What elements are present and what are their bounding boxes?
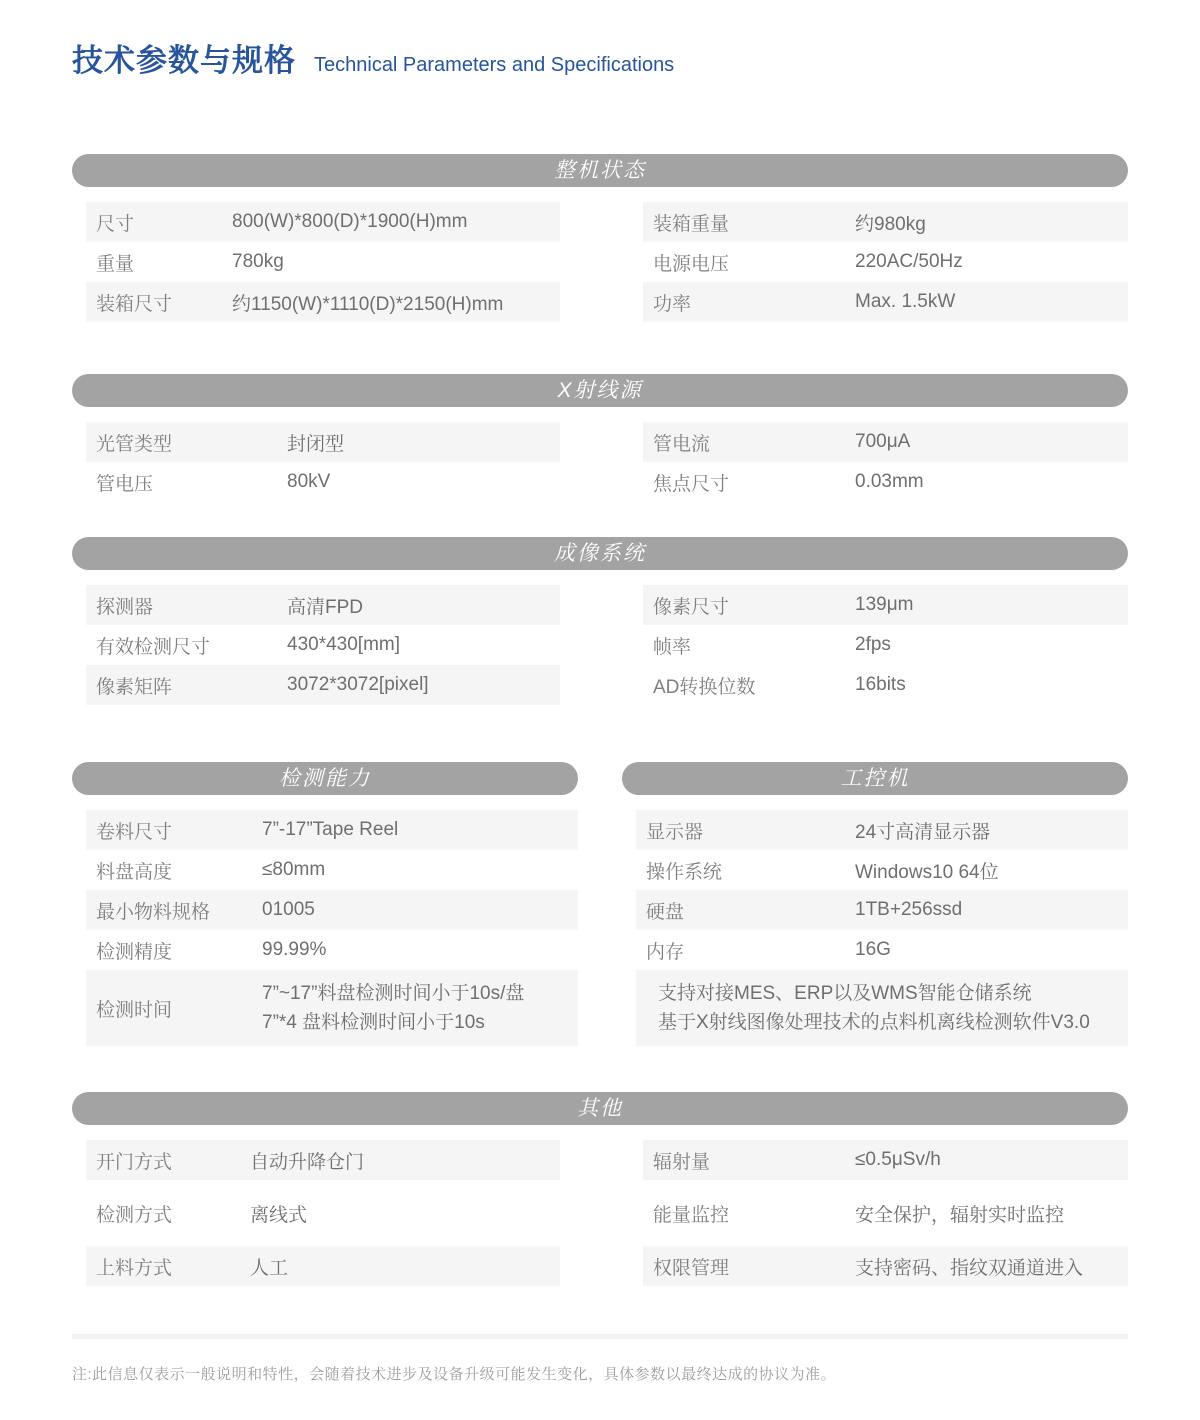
spec-row: 像素尺寸139μm [643,585,1128,625]
page-header: 技术参数与规格 Technical Parameters and Specifi… [72,43,1128,83]
section-title: 成像系统 [554,537,646,570]
spec-value: 支持对接MES、ERP以及WMS智能仓储系统基于X射线图像处理技术的点料机离线检… [636,979,1128,1037]
section-header-bar: 整机状态 [72,154,1128,187]
spec-column: 辐射量≤0.5μSv/h能量监控安全保护，辐射实时监控权限管理支持密码、指纹双通… [643,1140,1128,1286]
spec-value: 16bits [855,674,1128,696]
spec-label: 焦点尺寸 [643,469,855,496]
spec-value: 800(W)*800(D)*1900(H)mm [232,211,560,233]
spec-value-line: 基于X射线图像处理技术的点料机离线检测软件V3.0 [658,1008,1128,1037]
spec-label: 功率 [643,289,855,316]
spec-value: 7”~17”料盘检测时间小于10s/盘7”*4 盘料检测时间小于10s [262,979,578,1037]
spec-value-line: 7”*4 盘料检测时间小于10s [262,1008,578,1037]
section-machine-status: 整机状态 尺寸800(W)*800(D)*1900(H)mm重量780kg装箱尺… [72,154,1128,322]
spec-row: 尺寸800(W)*800(D)*1900(H)mm [86,202,560,242]
spec-sheet: 技术参数与规格 Technical Parameters and Specifi… [0,0,1200,1420]
section-header-bar: 成像系统 [72,537,1128,570]
spec-label: 显示器 [636,817,855,844]
half-sections-row: 检测能力 卷料尺寸7”-17”Tape Reel料盘高度≤80mm最小物料规格0… [72,762,1128,1046]
spec-value: 99.99% [262,939,578,961]
spec-row: 检测精度99.99% [86,930,578,970]
spec-value: Windows10 64位 [855,857,1128,884]
spec-value: 139μm [855,594,1128,616]
spec-row: 检测时间7”~17”料盘检测时间小于10s/盘7”*4 盘料检测时间小于10s [86,970,578,1046]
spec-value: 7”-17”Tape Reel [262,819,578,841]
spec-row: 显示器24寸高清显示器 [636,810,1128,850]
spec-label: 像素矩阵 [86,672,287,699]
spec-value: 24寸高清显示器 [855,817,1128,844]
spec-label: 尺寸 [86,209,232,236]
section-detection-capability: 检测能力 卷料尺寸7”-17”Tape Reel料盘高度≤80mm最小物料规格0… [72,762,578,1046]
spec-label: 辐射量 [643,1147,855,1174]
spec-label: 重量 [86,249,232,276]
spec-label: 权限管理 [643,1253,855,1280]
spec-value: ≤80mm [262,859,578,881]
spec-label: AD转换位数 [643,672,855,699]
spec-row: 像素矩阵3072*3072[pixel] [86,665,560,705]
spec-label: 电源电压 [643,249,855,276]
spec-label: 卷料尺寸 [86,817,262,844]
footnote: 注:此信息仅表示一般说明和特性，会随着技术进步及设备升级可能发生变化，具体参数以… [72,1363,1128,1384]
spec-value: 安全保护，辐射实时监控 [855,1200,1128,1227]
spec-label: 内存 [636,937,855,964]
section-title: 其他 [577,1092,623,1125]
spec-row: 帧率2fps [643,625,1128,665]
spec-row: 开门方式自动升降仓门 [86,1140,560,1180]
page-title: 技术参数与规格 [72,43,296,79]
spec-label: 管电流 [643,429,855,456]
section-header-bar: 检测能力 [72,762,578,795]
section-others: 其他 开门方式自动升降仓门检测方式离线式上料方式人工 辐射量≤0.5μSv/h能… [72,1092,1128,1286]
spec-value: 0.03mm [855,471,1128,493]
spec-row: 最小物料规格01005 [86,890,578,930]
spec-row: 管电流700μA [643,422,1128,462]
spec-label: 最小物料规格 [86,897,262,924]
spec-row: 硬盘1TB+256ssd [636,890,1128,930]
spec-value: 780kg [232,251,560,273]
spec-row: 光管类型封闭型 [86,422,560,462]
spec-value: 自动升降仓门 [250,1147,560,1174]
spec-value: 离线式 [250,1200,560,1227]
spec-column: 显示器24寸高清显示器操作系统Windows10 64位硬盘1TB+256ssd… [636,810,1128,1046]
spec-value: 约980kg [855,209,1128,236]
spec-row: 辐射量≤0.5μSv/h [643,1140,1128,1180]
spec-value: Max. 1.5kW [855,291,1128,313]
section-imaging-system: 成像系统 探测器高清FPD有效检测尺寸430*430[mm]像素矩阵3072*3… [72,537,1128,705]
spec-row: 装箱重量约980kg [643,202,1128,242]
spec-column: 探测器高清FPD有效检测尺寸430*430[mm]像素矩阵3072*3072[p… [86,585,560,705]
divider [72,1334,1128,1339]
spec-label: 开门方式 [86,1147,250,1174]
spec-label: 装箱尺寸 [86,289,232,316]
spec-row: 支持对接MES、ERP以及WMS智能仓储系统基于X射线图像处理技术的点料机离线检… [636,970,1128,1046]
spec-label: 光管类型 [86,429,287,456]
spec-row: 卷料尺寸7”-17”Tape Reel [86,810,578,850]
spec-column: 开门方式自动升降仓门检测方式离线式上料方式人工 [86,1140,560,1286]
spec-label: 检测方式 [86,1200,250,1227]
spec-label: 能量监控 [643,1200,855,1227]
spec-column: 卷料尺寸7”-17”Tape Reel料盘高度≤80mm最小物料规格01005检… [86,810,578,1046]
section-title: X射线源 [557,374,642,407]
spec-label: 有效检测尺寸 [86,632,287,659]
spec-label: 操作系统 [636,857,855,884]
spec-label: 帧率 [643,632,855,659]
spec-column: 像素尺寸139μm帧率2fpsAD转换位数16bits [643,585,1128,705]
spec-column: 光管类型封闭型管电压80kV [86,422,560,502]
spec-row: AD转换位数16bits [643,665,1128,705]
spec-column: 管电流700μA焦点尺寸0.03mm [643,422,1128,502]
section-title: 整机状态 [554,154,646,187]
spec-row: 权限管理支持密码、指纹双通道进入 [643,1246,1128,1286]
spec-column: 尺寸800(W)*800(D)*1900(H)mm重量780kg装箱尺寸约115… [86,202,560,322]
spec-value: 人工 [250,1253,560,1280]
spec-row: 能量监控安全保护，辐射实时监控 [643,1193,1128,1233]
spec-row: 装箱尺寸约1150(W)*1110(D)*2150(H)mm [86,282,560,322]
spec-value: 16G [855,939,1128,961]
spec-row: 功率Max. 1.5kW [643,282,1128,322]
spec-value: 01005 [262,899,578,921]
spec-value: 430*430[mm] [287,634,560,656]
section-header-bar: 工控机 [622,762,1128,795]
spec-label: 检测时间 [86,995,262,1022]
spec-row: 内存16G [636,930,1128,970]
spec-value-line: 支持对接MES、ERP以及WMS智能仓储系统 [658,979,1128,1008]
spec-row: 重量780kg [86,242,560,282]
spec-value: 3072*3072[pixel] [287,674,560,696]
section-title: 检测能力 [279,762,371,795]
spec-row: 焦点尺寸0.03mm [643,462,1128,502]
spec-value: 封闭型 [287,429,560,456]
spec-label: 管电压 [86,469,287,496]
spec-value: ≤0.5μSv/h [855,1149,1128,1171]
spec-value-line: 7”~17”料盘检测时间小于10s/盘 [262,979,578,1008]
spec-row: 检测方式离线式 [86,1193,560,1233]
spec-label: 硬盘 [636,897,855,924]
spec-row: 操作系统Windows10 64位 [636,850,1128,890]
spec-label: 探测器 [86,592,287,619]
spec-value: 220AC/50Hz [855,251,1128,273]
spec-value: 2fps [855,634,1128,656]
spec-row: 电源电压220AC/50Hz [643,242,1128,282]
spec-row: 有效检测尺寸430*430[mm] [86,625,560,665]
spec-label: 料盘高度 [86,857,262,884]
section-title: 工控机 [841,762,910,795]
spec-row: 探测器高清FPD [86,585,560,625]
spec-row: 料盘高度≤80mm [86,850,578,890]
spec-value: 高清FPD [287,592,560,619]
spec-row: 管电压80kV [86,462,560,502]
spec-value: 700μA [855,431,1128,453]
spec-value: 约1150(W)*1110(D)*2150(H)mm [232,289,560,316]
page-subtitle: Technical Parameters and Specifications [314,47,674,83]
spec-label: 上料方式 [86,1253,250,1280]
spec-label: 装箱重量 [643,209,855,236]
section-xray-source: X射线源 光管类型封闭型管电压80kV 管电流700μA焦点尺寸0.03mm [72,374,1128,502]
section-industrial-pc: 工控机 显示器24寸高清显示器操作系统Windows10 64位硬盘1TB+25… [622,762,1128,1046]
spec-column: 装箱重量约980kg电源电压220AC/50Hz功率Max. 1.5kW [643,202,1128,322]
section-header-bar: X射线源 [72,374,1128,407]
spec-label: 像素尺寸 [643,592,855,619]
spec-value: 80kV [287,471,560,493]
spec-value: 支持密码、指纹双通道进入 [855,1253,1128,1280]
section-header-bar: 其他 [72,1092,1128,1125]
spec-row: 上料方式人工 [86,1246,560,1286]
spec-label: 检测精度 [86,937,262,964]
spec-value: 1TB+256ssd [855,899,1128,921]
